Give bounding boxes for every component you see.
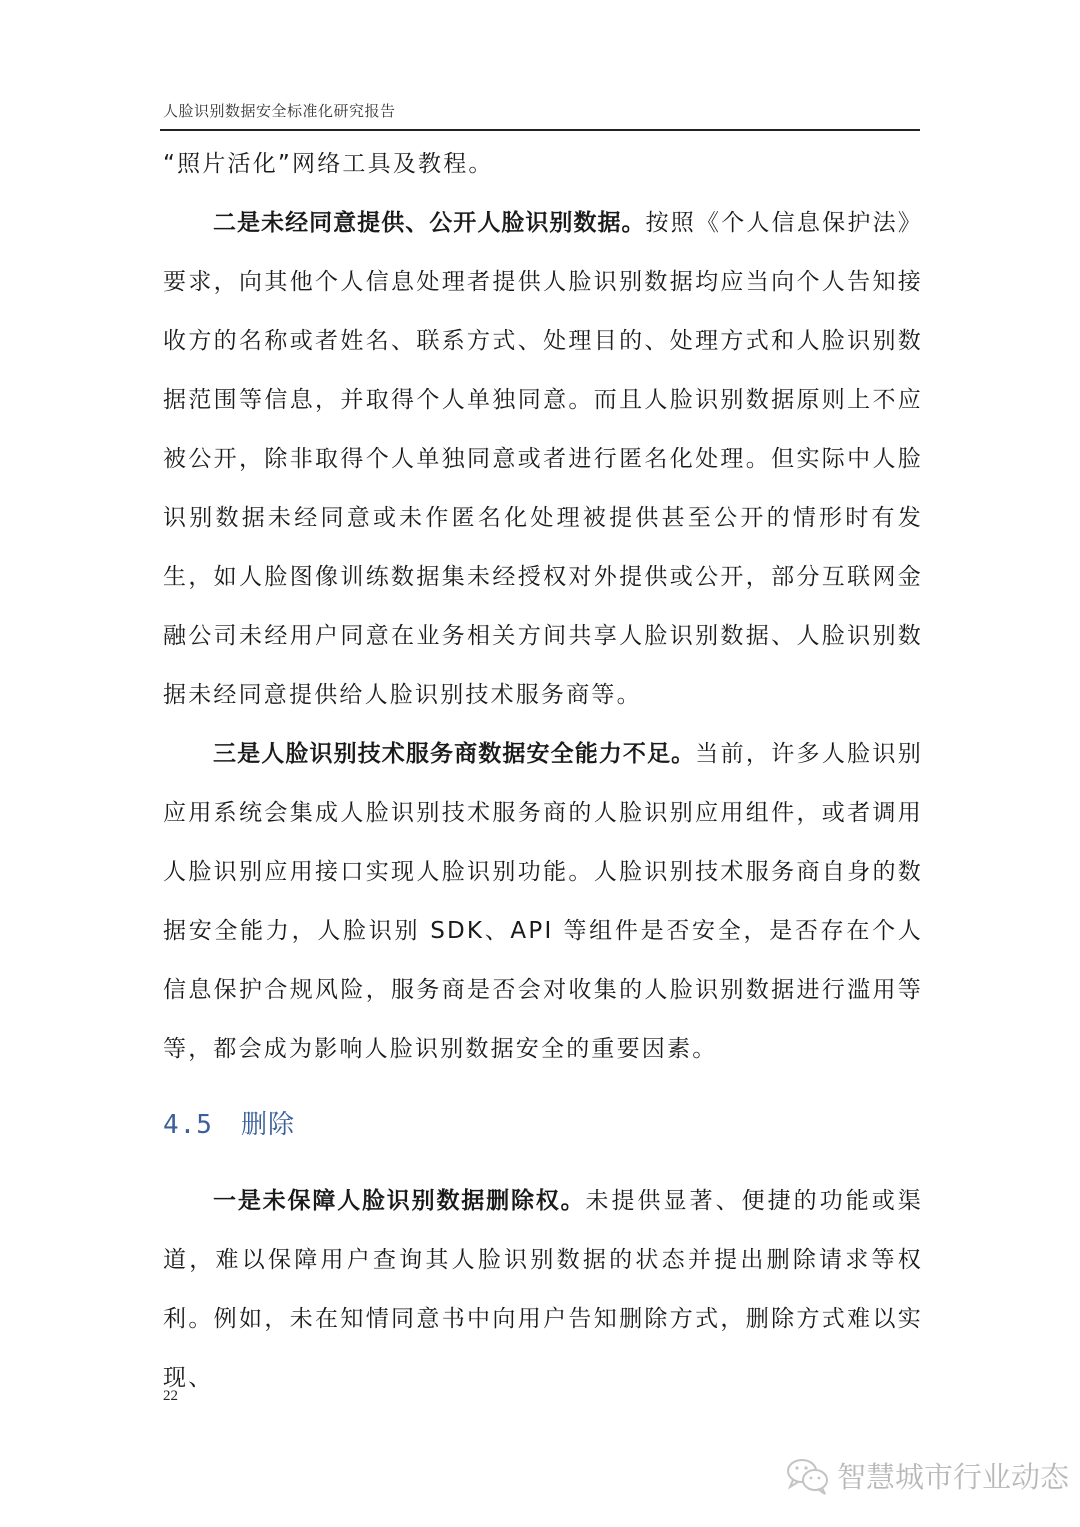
section-heading: 4.5删除 xyxy=(163,1104,295,1141)
paragraph-2: 二是未经同意提供、公开人脸识别数据。按照《个人信息保护法》要求，向其他个人信息处… xyxy=(163,194,923,725)
header-rule xyxy=(160,129,920,131)
body-text-upper: “照片活化”网络工具及教程。 二是未经同意提供、公开人脸识别数据。按照《个人信息… xyxy=(163,135,923,1079)
paragraph-text: 未提供显著、便捷的功能或渠道，难以保障用户查询其人脸识别数据的状态并提出删除请求… xyxy=(163,1188,923,1391)
section-number: 4.5 xyxy=(163,1110,213,1140)
paragraph-lead: 三是人脸识别技术服务商数据安全能力不足。 xyxy=(213,741,695,767)
wechat-icon xyxy=(785,1456,831,1496)
section-title: 删除 xyxy=(241,1110,295,1140)
paragraph-text: 按照《个人信息保护法》要求，向其他个人信息处理者提供人脸识别数据均应当向个人告知… xyxy=(163,210,923,708)
paragraph-lead: 二是未经同意提供、公开人脸识别数据。 xyxy=(213,210,646,236)
running-header: 人脸识别数据安全标准化研究报告 xyxy=(163,100,396,121)
body-text-lower: 一是未保障人脸识别数据删除权。未提供显著、便捷的功能或渠道，难以保障用户查询其人… xyxy=(163,1172,923,1408)
watermark-text: 智慧城市行业动态 xyxy=(837,1455,1069,1496)
page-number: 22 xyxy=(163,1388,178,1405)
paragraph-lead: 一是未保障人脸识别数据删除权。 xyxy=(213,1188,585,1214)
paragraph-deletion: 一是未保障人脸识别数据删除权。未提供显著、便捷的功能或渠道，难以保障用户查询其人… xyxy=(163,1172,923,1408)
paragraph-text: 当前，许多人脸识别应用系统会集成人脸识别技术服务商的人脸识别应用组件，或者调用人… xyxy=(163,741,923,1062)
continued-line: “照片活化”网络工具及教程。 xyxy=(163,135,923,194)
watermark: 智慧城市行业动态 xyxy=(785,1455,1069,1496)
paragraph-3: 三是人脸识别技术服务商数据安全能力不足。当前，许多人脸识别应用系统会集成人脸识别… xyxy=(163,725,923,1079)
